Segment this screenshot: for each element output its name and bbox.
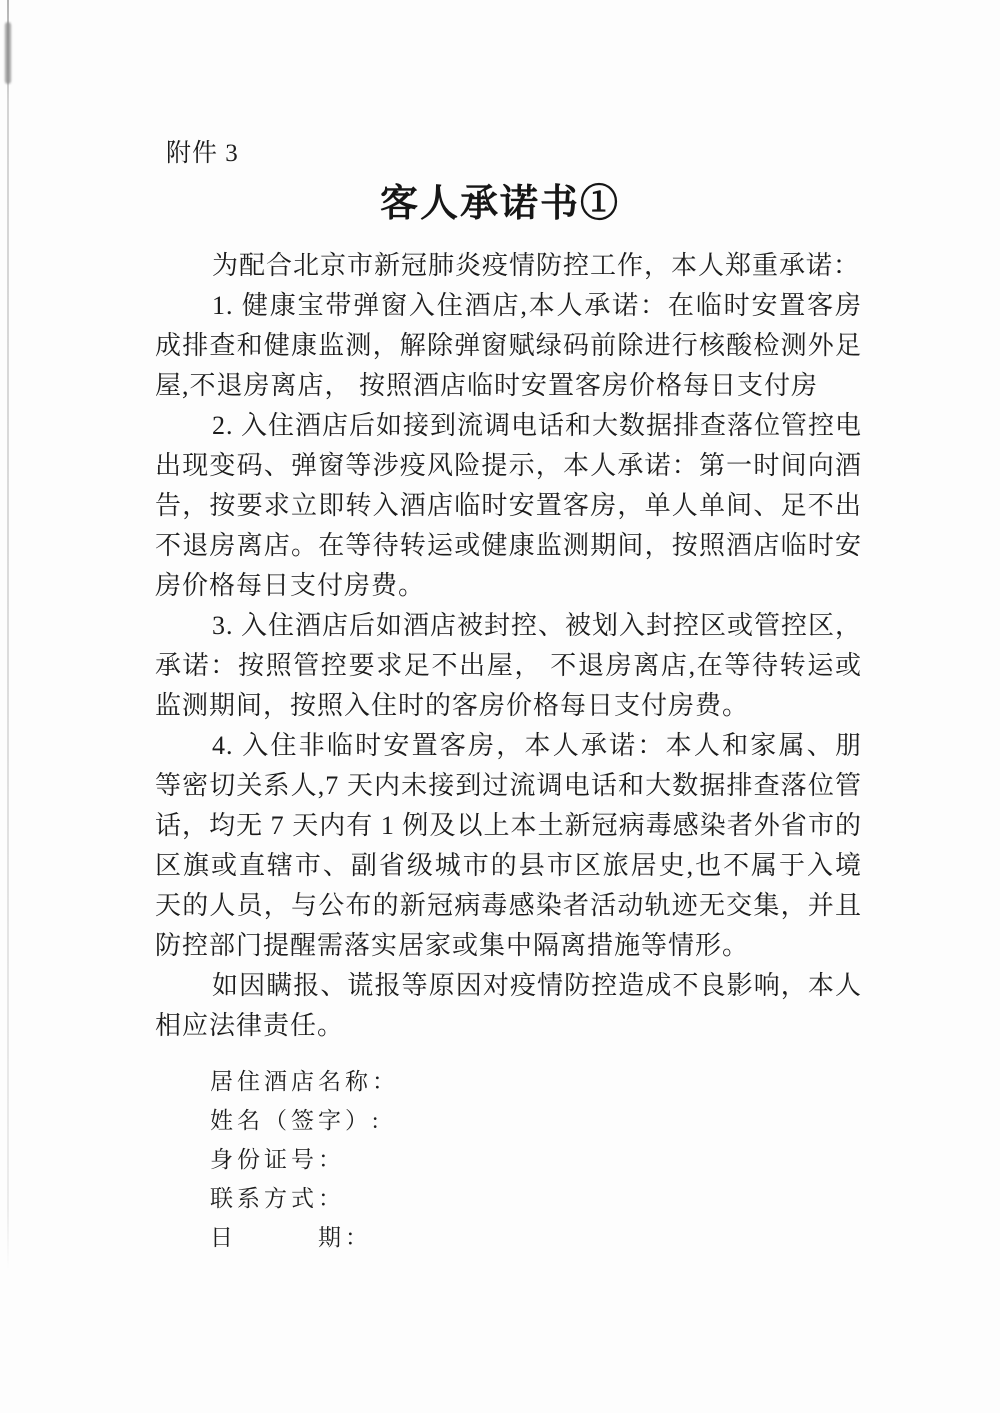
body-text-line: 防控部门提醒需落实居家或集中隔离措施等情形。 [155,926,862,966]
body-text-line: 如因瞒报、谎报等原因对疫情防控造成不良影响，本人承担 [155,966,862,1006]
body-text-line: 3. 入住酒店后如酒店被封控、被划入封控区或管控区，本人 [155,606,862,646]
document-body: 为配合北京市新冠肺炎疫情防控工作，本人郑重承诺：1. 健康宝带弹窗入住酒店,本人… [155,246,862,1046]
body-text-line: 相应法律责任。 [155,1006,862,1046]
body-text-line: 监测期间，按照入住时的客房价格每日支付房费。 [155,686,862,726]
body-text-line: 成排查和健康监测，解除弹窗赋绿码前除进行核酸检测外足不出 [155,326,862,366]
document-title: 客人承诺书① [0,178,1000,230]
body-text-line: 1. 健康宝带弹窗入住酒店,本人承诺：在临时安置客房内完 [155,286,862,326]
attachment-label: 附件 3 [166,136,239,172]
body-text-line: 等密切关系人,7 天内未接到过流调电话和大数据排查落位管控电 [155,766,862,806]
body-text-line: 区旗或直辖市、副省级城市的县市区旅居史,也不属于入境未满 10 [155,846,862,886]
body-text-line: 为配合北京市新冠肺炎疫情防控工作，本人郑重承诺： [155,246,862,286]
body-text-line: 告，按要求立即转入酒店临时安置客房，单人单间、足不出屋， [155,486,862,526]
form-field-label: 身份证号： [210,1140,710,1179]
body-text-line: 承诺：按照管控要求足不出屋， 不退房离店,在等待转运或健康 [155,646,862,686]
signature-form: 居住酒店名称：姓名（签字）:身份证号：联系方式：日 期： [210,1062,710,1257]
form-field-label: 日 期： [210,1218,710,1257]
body-text-line: 2. 入住酒店后如接到流调电话和大数据排查落位管控电话、 [155,406,862,446]
body-text-line: 屋,不退房离店， 按照酒店临时安置客房价格每日支付房费。 [155,366,862,406]
body-text-line: 天的人员，与公布的新冠病毒感染者活动轨迹无交集，并且无疫情 [155,886,862,926]
scan-artifact-smudge [5,22,11,84]
body-text-line: 房价格每日支付房费。 [155,566,862,606]
body-text-line: 不退房离店。在等待转运或健康监测期间，按照酒店临时安置客 [155,526,862,566]
form-field-label: 联系方式： [210,1179,710,1218]
body-text-line: 话，均无 7 天内有 1 例及以上本土新冠病毒感染者外省市的县市 [155,806,862,846]
body-text-line: 出现变码、弹窗等涉疫风险提示，本人承诺：第一时间向酒店报 [155,446,862,486]
form-field-label: 居住酒店名称： [210,1062,710,1101]
body-text-line: 4. 入住非临时安置客房，本人承诺：本人和家属、朋友、同事 [155,726,862,766]
form-field-label: 姓名（签字）: [210,1101,710,1140]
scanned-document-page: 附件 3 客人承诺书① 为配合北京市新冠肺炎疫情防控工作，本人郑重承诺：1. 健… [0,0,1000,1413]
